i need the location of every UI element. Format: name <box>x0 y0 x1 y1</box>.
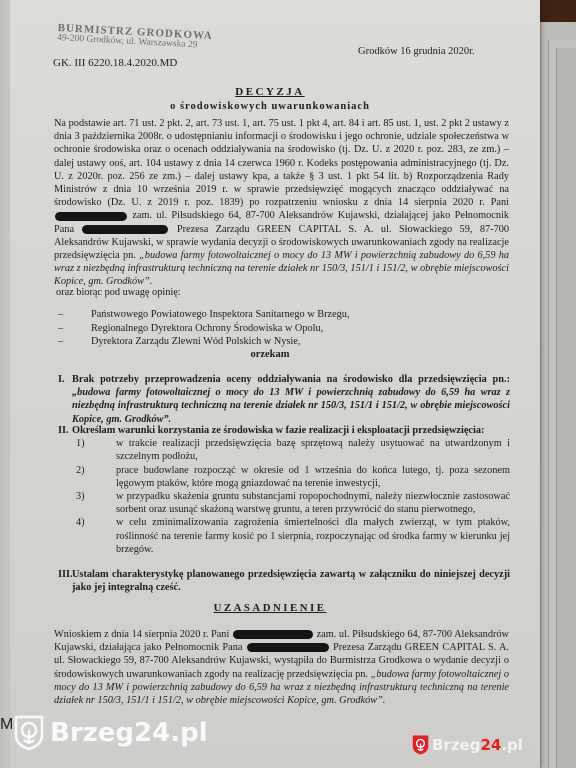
decision-heading: orzekam <box>10 349 530 360</box>
watermark-text: Brzeg24.pl <box>50 718 208 748</box>
opinion-item: –Dyrektora Zarządu Zlewni Wód Polskich w… <box>58 335 350 349</box>
intro-text-1: Na podstawie art. 71 ust. 2 pkt. 2, art.… <box>54 118 509 208</box>
page-edge-fragment: M <box>0 716 13 734</box>
watermark-right: Brzeg24.pl <box>412 735 523 755</box>
intro-paragraph: Na podstawie art. 71 ust. 2 pkt. 2, art.… <box>54 117 509 289</box>
section-heading: Brak potrzeby przeprowadzenia oceny oddz… <box>72 374 510 385</box>
condition-text: w celu zminimalizowania zagrożenia śmier… <box>116 517 510 554</box>
anchor-shield-icon <box>412 735 429 755</box>
condition-number: 1) <box>76 437 85 450</box>
watermark-text-24: 24 <box>480 736 501 754</box>
redacted-name <box>247 643 329 652</box>
section-heading: Określam warunki korzystania ze środowis… <box>72 424 510 437</box>
office-stamp: BURMISTRZ GRODKOWA 49-200 Grodków, ul. W… <box>57 22 213 51</box>
redacted-name <box>82 225 168 234</box>
opinion-text: Państwowego Powiatowego Inspektora Sanit… <box>91 309 350 320</box>
dash-bullet: – <box>58 335 91 349</box>
section-ii: II. Określam warunki korzystania ze środ… <box>58 424 510 556</box>
opinions-list: –Państwowego Powiatowego Inspektora Sani… <box>58 308 350 349</box>
redacted-name <box>233 630 313 639</box>
project-name: „budowa farmy fotowoltaicznej o mocy do … <box>72 387 510 424</box>
opinion-item: –Państwowego Powiatowego Inspektora Sani… <box>58 308 350 322</box>
condition-text: w trakcie realizacji przedsięwzięcia baz… <box>116 438 510 462</box>
section-heading: Ustalam charakterystykę planowanego prze… <box>72 568 510 594</box>
condition-number: 3) <box>76 490 85 503</box>
document-subtitle: o środowiskowych uwarunkowaniach <box>10 101 530 112</box>
condition-item: 4)w celu zminimalizowania zagrożenia śmi… <box>76 516 510 556</box>
redacted-name <box>55 212 127 221</box>
section-iii: III. Ustalam charakterystykę planowanego… <box>58 568 510 594</box>
dash-bullet: – <box>58 322 91 336</box>
section-i: I. Brak potrzeby przeprowadzenia oceny o… <box>58 373 510 426</box>
opinions-label: oraz biorąc pod uwagę opinię: <box>56 287 181 298</box>
dash-bullet: – <box>58 308 91 322</box>
section-number: I. <box>58 373 65 386</box>
justification-paragraph: Wnioskiem z dnia 14 sierpnia 2020 r. Pan… <box>54 628 509 707</box>
reference-number: GK. III 6220.18.4.2020.MD <box>53 57 177 69</box>
condition-item: 3)w przypadku skażenia gruntu substancja… <box>76 490 510 516</box>
justification-text-1: Wnioskiem z dnia 14 sierpnia 2020 r. Pan… <box>54 629 229 640</box>
opinion-item: –Regionalnego Dyrektora Ochrony Środowis… <box>58 322 350 336</box>
condition-item: 1)w trakcie realizacji przedsięwzięcia b… <box>76 437 510 463</box>
document-page: BURMISTRZ GRODKOWA 49-200 Grodków, ul. W… <box>10 0 540 768</box>
paper-stack-edge <box>556 48 576 768</box>
watermark-text-pl: .pl <box>501 736 523 754</box>
watermark-left: Brzeg24.pl <box>14 715 208 751</box>
opinion-text: Dyrektora Zarządu Zlewni Wód Polskich w … <box>91 336 300 347</box>
justification-heading: UZASADNIENIE <box>10 602 530 614</box>
condition-text: prace budowlane rozpocząć w okresie od 1… <box>116 465 510 489</box>
section-number: II. <box>58 424 69 437</box>
condition-number: 4) <box>76 516 85 529</box>
section-number: III. <box>58 568 73 581</box>
condition-item: 2)prace budowlane rozpocząć w okresie od… <box>76 464 510 490</box>
anchor-shield-icon <box>14 715 44 751</box>
place-date: Grodków 16 grudnia 2020r. <box>358 46 475 57</box>
condition-number: 2) <box>76 464 85 477</box>
condition-text: w przypadku skażenia gruntu substancjami… <box>116 491 510 515</box>
document-title: DECYZJA <box>10 86 530 98</box>
opinion-text: Regionalnego Dyrektora Ochrony Środowisk… <box>91 323 323 334</box>
watermark-text-brzeg: Brzeg <box>432 736 480 754</box>
